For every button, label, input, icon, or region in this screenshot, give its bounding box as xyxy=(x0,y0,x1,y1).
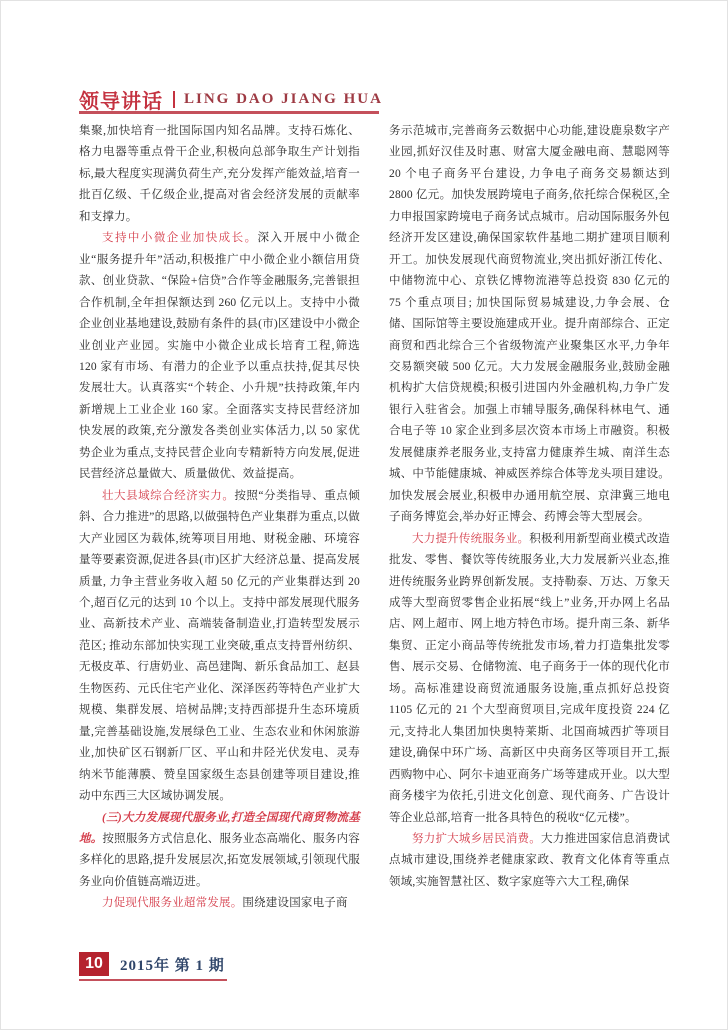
paragraph: 集聚,加快培育一批国际国内知名品牌。支持石炼化、格力电器等重点骨干企业,积极向总… xyxy=(79,121,360,228)
column-right: 务示范城市,完善商务云数据中心功能,建设鹿泉数字产业园,抓好汉佳及时惠、财富大厦… xyxy=(389,121,670,893)
paragraph: 壮大县域综合经济实力。按照“分类指导、重点倾斜、合力推进”的思路,以做强特色产业… xyxy=(79,486,360,808)
paragraph-lead: 壮大县域综合经济实力。 xyxy=(102,490,234,502)
paragraph: 力促现代服务业超常发展。围绕建设国家电子商 xyxy=(79,893,360,914)
header-rule xyxy=(79,111,379,114)
paragraph-lead: 大力提升传统服务业。 xyxy=(412,533,529,545)
paragraph: 务示范城市,完善商务云数据中心功能,建设鹿泉数字产业园,抓好汉佳及时惠、财富大厦… xyxy=(389,121,670,529)
section-title: 领导讲话 xyxy=(79,85,163,114)
paragraph-lead: 支持中小微企业加快成长。 xyxy=(102,232,258,244)
column-left: 集聚,加快培育一批国际国内知名品牌。支持石炼化、格力电器等重点骨干企业,积极向总… xyxy=(79,121,360,915)
paragraph: 大力提升传统服务业。积极利用新型商业模式改造批发、零售、餐饮等传统服务业,大力发… xyxy=(389,529,670,829)
page-number-badge: 10 xyxy=(79,952,109,976)
page-footer: 10 2015年 第 1 期 xyxy=(79,952,225,976)
paragraph-lead: 努力扩大城乡居民消费。 xyxy=(412,833,541,845)
paragraph-lead: 力促现代服务业超常发展。 xyxy=(102,897,242,909)
footer-rule xyxy=(79,979,227,981)
magazine-page: 领导讲话 LING DAO JIANG HUA 集聚,加快培育一批国际国内知名品… xyxy=(0,0,728,1030)
paragraph-lead: (三)大力发展现代服务业,打造全国现代商贸物流基地。 xyxy=(79,812,360,845)
paragraph: 努力扩大城乡居民消费。大力推进国家信息消费试点城市建设,围绕养老健康家政、教育文… xyxy=(389,829,670,893)
issue-label: 2015年 第 1 期 xyxy=(120,954,225,975)
page-header: 领导讲话 LING DAO JIANG HUA xyxy=(79,85,383,114)
paragraph: (三)大力发展现代服务业,打造全国现代商贸物流基地。按照服务方式信息化、服务业态… xyxy=(79,808,360,894)
section-title-pinyin: LING DAO JIANG HUA xyxy=(184,91,383,108)
header-divider-bar xyxy=(173,91,175,108)
paragraph: 支持中小微企业加快成长。深入开展中小微企业“服务提升年”活动,积极推广中小微企业… xyxy=(79,228,360,485)
